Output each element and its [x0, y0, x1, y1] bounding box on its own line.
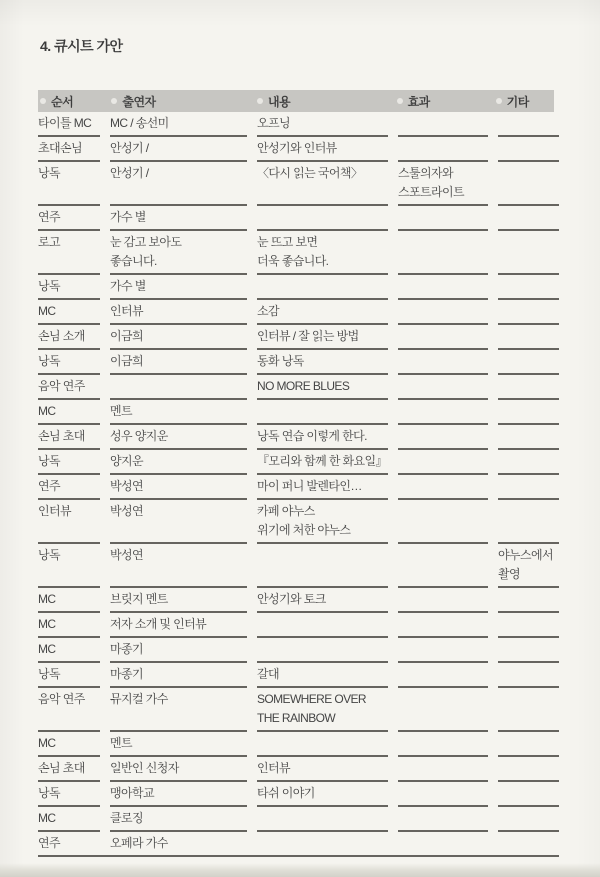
table-cell	[498, 638, 559, 663]
page-bottom-edge	[0, 863, 600, 877]
table-cell	[398, 137, 488, 162]
table-cell	[398, 475, 488, 500]
table-cell	[257, 638, 388, 663]
table-cell	[498, 137, 559, 162]
table-row: 음악 연주NO MORE BLUES	[38, 375, 559, 400]
table-cell: 낭독	[38, 544, 100, 588]
table-cell: 오페라 가수	[110, 832, 247, 855]
table-row: 손님 초대성우 양지운낭독 연습 이렇게 한다.	[38, 425, 559, 450]
table-row: 초대손님안성기 /안성기와 인터뷰	[38, 137, 559, 162]
table-cell	[257, 206, 388, 231]
table-cell	[257, 613, 388, 638]
table-cell	[498, 206, 559, 231]
table-cell: 저자 소개 및 인터뷰	[110, 613, 247, 638]
table-row: 낭독이금희동화 낭독	[38, 350, 559, 375]
table-cell: 뮤지컬 가수	[110, 688, 247, 732]
table-row: 낭독박성연야누스에서 촬영	[38, 544, 559, 588]
table-row: MC클로징	[38, 807, 559, 832]
table-cell	[398, 112, 488, 137]
table-cell	[498, 588, 559, 613]
table-cell: 『모리와 함께 한 화요일』	[257, 450, 388, 475]
table-cell: 낭독	[38, 162, 100, 206]
table-row: 연주가수 별	[38, 206, 559, 231]
table-cell: MC	[38, 638, 100, 663]
table-cell	[398, 638, 488, 663]
table-cell: 마종기	[110, 638, 247, 663]
table-cell	[498, 275, 559, 300]
table-cell: 인터뷰	[38, 500, 100, 544]
column-header-label: 내용	[268, 93, 290, 110]
table-cell: 로고	[38, 231, 100, 275]
table-cell	[257, 400, 388, 425]
table-cell: 손님 초대	[38, 425, 100, 450]
table-cell	[398, 231, 488, 275]
table-cell: MC / 송선미	[110, 112, 247, 137]
table-cell	[498, 400, 559, 425]
table-row: 인터뷰박성연카페 야누스 위기에 처한 야누스	[38, 500, 559, 544]
table-cell: MC	[38, 732, 100, 757]
table-cell: 타이틀 MC	[38, 112, 100, 137]
table-row: MC마종기	[38, 638, 559, 663]
table-row: 타이틀 MCMC / 송선미오프닝	[38, 112, 559, 137]
cuesheet-table: 순서출연자내용효과기타 타이틀 MCMC / 송선미오프닝초대손님안성기 /안성…	[38, 90, 559, 857]
bullet-icon	[111, 98, 117, 104]
table-cell: 오프닝	[257, 112, 388, 137]
table-cell: 멘트	[110, 400, 247, 425]
table-cell: 맹아학교	[110, 782, 247, 807]
table-cell	[398, 663, 488, 688]
table-cell: 박성연	[110, 475, 247, 500]
table-cell	[398, 500, 488, 544]
table-cell	[398, 807, 488, 832]
table-row: 낭독가수 별	[38, 275, 559, 300]
table-row: 손님 소개이금희인터뷰 / 잘 읽는 방법	[38, 325, 559, 350]
table-cell	[398, 544, 488, 588]
table-cell: 이금희	[110, 325, 247, 350]
table-cell: MC	[38, 588, 100, 613]
table-cell: 멘트	[110, 732, 247, 757]
table-cell	[498, 732, 559, 757]
table-cell	[498, 613, 559, 638]
table-cell: 낭독	[38, 275, 100, 300]
table-cell: 인터뷰 / 잘 읽는 방법	[257, 325, 388, 350]
table-cell: 가수 별	[110, 206, 247, 231]
table-cell	[398, 325, 488, 350]
table-body: 타이틀 MCMC / 송선미오프닝초대손님안성기 /안성기와 인터뷰낭독안성기 …	[38, 112, 559, 857]
table-cell	[498, 300, 559, 325]
table-cell	[398, 757, 488, 782]
table-cell: MC	[38, 400, 100, 425]
table-cell: 연주	[38, 206, 100, 231]
table-row: MC저자 소개 및 인터뷰	[38, 613, 559, 638]
table-cell: 손님 소개	[38, 325, 100, 350]
table-cell: 갈대	[257, 663, 388, 688]
bullet-icon	[496, 98, 502, 104]
table-cell: 연주	[38, 475, 100, 500]
table-row: 연주박성연마이 퍼니 발렌타인…	[38, 475, 559, 500]
table-row: 로고눈 감고 보아도 좋습니다.눈 뜨고 보면 더욱 좋습니다.	[38, 231, 559, 275]
document-page: 4. 큐시트 가안 순서출연자내용효과기타 타이틀 MCMC / 송선미오프닝초…	[0, 0, 600, 877]
table-cell	[398, 206, 488, 231]
table-cell: MC	[38, 300, 100, 325]
bullet-icon	[257, 98, 263, 104]
table-row: 손님 초대일반인 신청자인터뷰	[38, 757, 559, 782]
table-row: 연주오페라 가수	[38, 832, 559, 857]
table-cell	[498, 162, 559, 206]
table-cell: 타쉬 이야기	[257, 782, 388, 807]
table-cell: 낭독 연습 이렇게 한다.	[257, 425, 388, 450]
table-row: MC인터뷰소감	[38, 300, 559, 325]
table-cell: 동화 낭독	[257, 350, 388, 375]
table-cell: NO MORE BLUES	[257, 375, 388, 400]
table-cell: 낭독	[38, 450, 100, 475]
table-row: 낭독마종기갈대	[38, 663, 559, 688]
column-header-label: 기타	[507, 93, 529, 110]
table-cell	[398, 450, 488, 475]
table-cell	[498, 425, 559, 450]
table-cell	[257, 275, 388, 300]
table-cell	[257, 832, 388, 855]
table-cell: 박성연	[110, 544, 247, 588]
table-cell	[398, 588, 488, 613]
table-cell: 마이 퍼니 발렌타인…	[257, 475, 388, 500]
table-cell	[498, 500, 559, 544]
table-cell	[498, 688, 559, 732]
table-cell	[498, 325, 559, 350]
table-cell: 박성연	[110, 500, 247, 544]
column-header: 순서	[38, 93, 99, 110]
table-cell: 소감	[257, 300, 388, 325]
table-cell	[398, 688, 488, 732]
table-cell: 성우 양지운	[110, 425, 247, 450]
table-cell: 양지운	[110, 450, 247, 475]
table-row: 낭독안성기 /〈다시 읽는 국어책〉스툴의자와 스포트라이트	[38, 162, 559, 206]
table-cell	[398, 350, 488, 375]
table-cell	[498, 231, 559, 275]
table-header-row: 순서출연자내용효과기타	[38, 90, 554, 112]
table-cell: 스툴의자와 스포트라이트	[398, 162, 488, 206]
table-row: MC멘트	[38, 732, 559, 757]
table-row: 음악 연주뮤지컬 가수SOMEWHERE OVER THE RAINBOW	[38, 688, 559, 732]
table-cell: SOMEWHERE OVER THE RAINBOW	[257, 688, 388, 732]
table-cell	[398, 300, 488, 325]
table-cell	[398, 832, 488, 855]
table-cell: 음악 연주	[38, 688, 100, 732]
table-row: MC멘트	[38, 400, 559, 425]
table-cell: 낭독	[38, 350, 100, 375]
page-title: 4. 큐시트 가안	[40, 36, 123, 56]
table-cell: 손님 초대	[38, 757, 100, 782]
table-cell	[498, 663, 559, 688]
column-header-label: 출연자	[122, 93, 155, 110]
bullet-icon	[40, 98, 46, 104]
table-cell: 낭독	[38, 663, 100, 688]
table-cell: MC	[38, 613, 100, 638]
table-cell: 안성기와 토크	[257, 588, 388, 613]
table-cell	[398, 375, 488, 400]
table-cell	[257, 732, 388, 757]
table-cell: 일반인 신청자	[110, 757, 247, 782]
table-cell	[110, 375, 247, 400]
column-header: 기타	[494, 93, 554, 110]
table-cell	[498, 450, 559, 475]
table-cell	[498, 782, 559, 807]
table-row: 낭독맹아학교타쉬 이야기	[38, 782, 559, 807]
table-cell: 클로징	[110, 807, 247, 832]
bullet-icon	[397, 98, 403, 104]
table-cell: 〈다시 읽는 국어책〉	[257, 162, 388, 206]
table-cell: 음악 연주	[38, 375, 100, 400]
table-row: MC브릿지 멘트안성기와 토크	[38, 588, 559, 613]
table-cell	[257, 544, 388, 588]
table-cell: 눈 뜨고 보면 더욱 좋습니다.	[257, 231, 388, 275]
table-cell: 마종기	[110, 663, 247, 688]
table-cell	[498, 832, 559, 855]
column-header: 내용	[255, 93, 385, 110]
column-header: 출연자	[109, 93, 245, 110]
table-cell	[398, 782, 488, 807]
table-cell: 이금희	[110, 350, 247, 375]
table-cell: 안성기 /	[110, 137, 247, 162]
column-header-label: 효과	[408, 93, 430, 110]
table-cell	[498, 757, 559, 782]
table-cell	[398, 425, 488, 450]
table-cell	[257, 807, 388, 832]
table-cell: 카페 야누스 위기에 처한 야누스	[257, 500, 388, 544]
table-cell	[398, 613, 488, 638]
table-row: 낭독양지운『모리와 함께 한 화요일』	[38, 450, 559, 475]
table-cell: 인터뷰	[257, 757, 388, 782]
table-cell: 브릿지 멘트	[110, 588, 247, 613]
table-cell	[398, 400, 488, 425]
table-cell	[398, 275, 488, 300]
column-header-label: 순서	[51, 93, 73, 110]
table-cell: 가수 별	[110, 275, 247, 300]
table-cell	[498, 112, 559, 137]
table-cell: MC	[38, 807, 100, 832]
table-cell	[498, 475, 559, 500]
table-cell: 야누스에서 촬영	[498, 544, 559, 588]
table-cell: 초대손님	[38, 137, 100, 162]
table-cell: 안성기와 인터뷰	[257, 137, 388, 162]
table-cell	[398, 732, 488, 757]
table-cell: 안성기 /	[110, 162, 247, 206]
table-cell: 눈 감고 보아도 좋습니다.	[110, 231, 247, 275]
table-cell	[498, 350, 559, 375]
column-header: 효과	[395, 93, 484, 110]
table-cell	[498, 807, 559, 832]
table-cell: 인터뷰	[110, 300, 247, 325]
table-cell	[498, 375, 559, 400]
table-cell: 낭독	[38, 782, 100, 807]
table-cell: 연주	[38, 832, 100, 855]
